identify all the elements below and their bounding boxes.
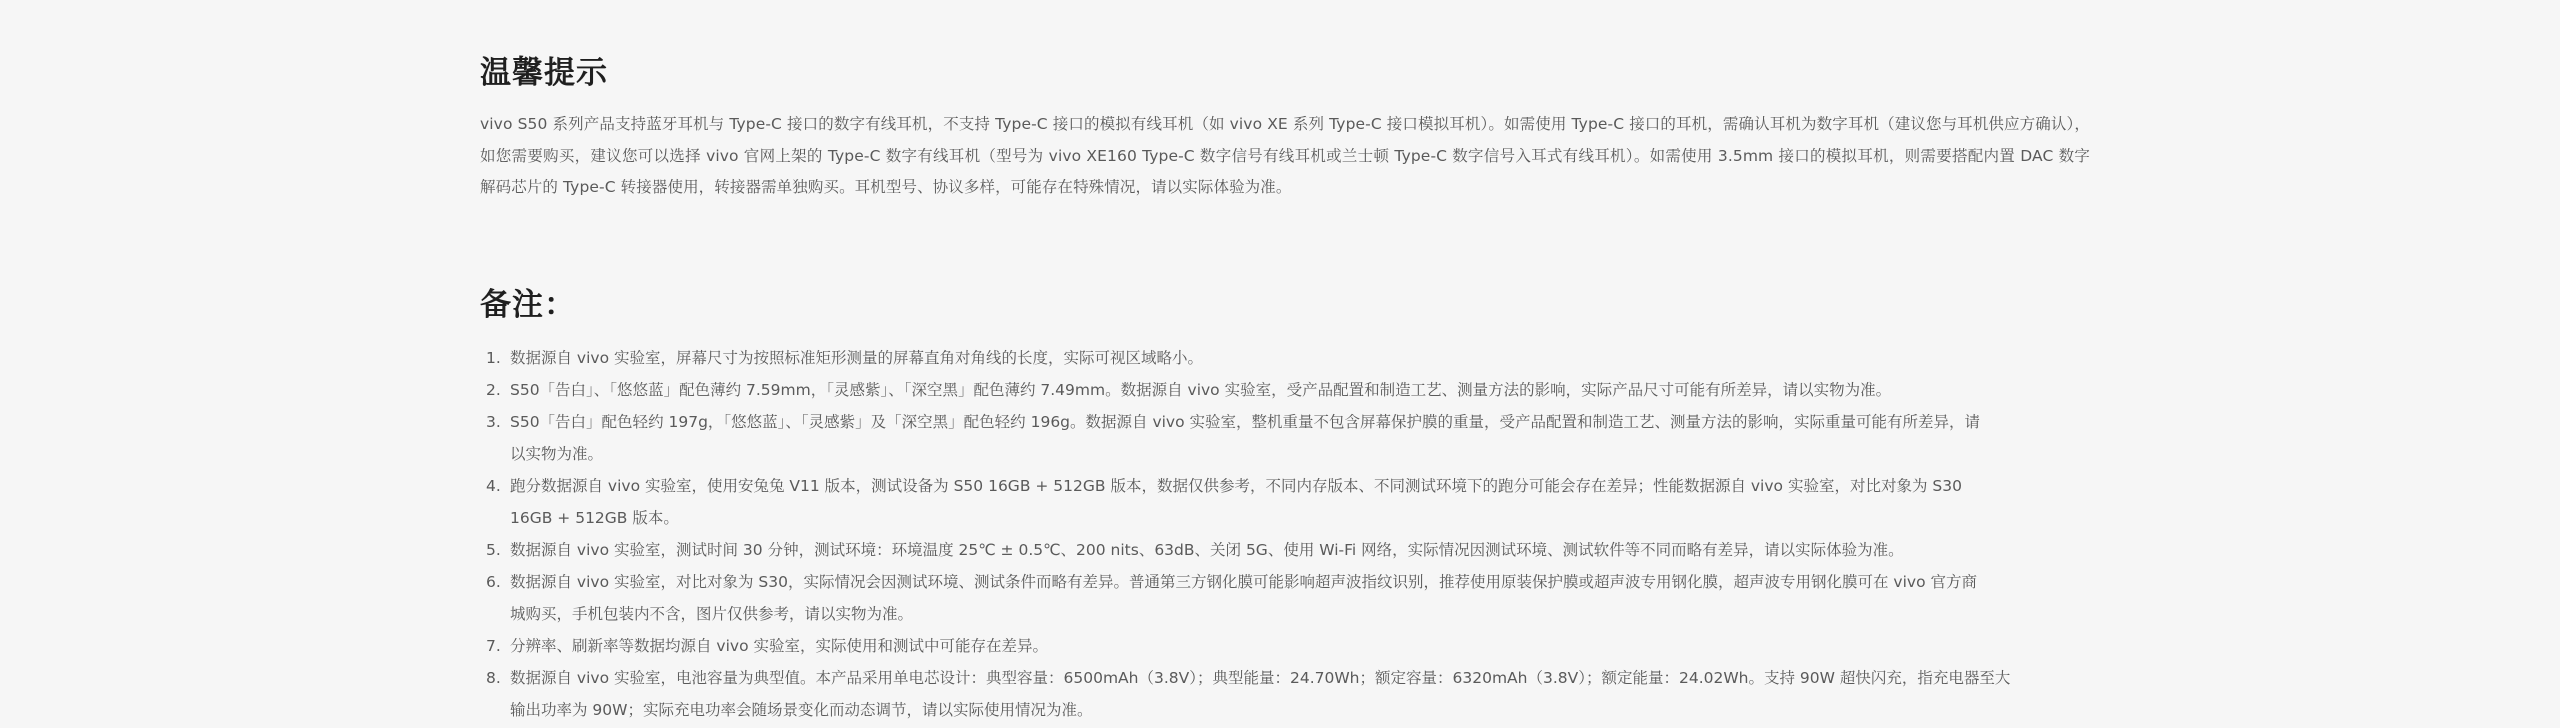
note-text: 数据源自 vivo 实验室，测试时间 30 分钟，测试环境：环境温度 25℃ ±… (510, 534, 2090, 566)
tips-paragraph: vivo S50 系列产品支持蓝牙耳机与 Type-C 接口的数字有线耳机，不支… (480, 109, 2090, 204)
note-number: 8. (486, 662, 510, 694)
note-number: 5. (486, 534, 510, 566)
note-number: 1. (486, 342, 510, 374)
tips-title: 温馨提示 (480, 53, 608, 93)
notes-title: 备注： (480, 285, 576, 325)
note-number: 6. (486, 566, 510, 598)
note-number: 3. (486, 406, 510, 438)
note-item: 6. 数据源自 vivo 实验室，对比对象为 S30，实际情况会因测试环境、测试… (480, 566, 2090, 630)
note-item: 8. 数据源自 vivo 实验室，电池容量为典型值。本产品采用单电芯设计：典型容… (480, 662, 2090, 726)
note-item: 4. 跑分数据源自 vivo 实验室，使用安兔兔 V11 版本，测试设备为 S5… (480, 470, 2090, 534)
note-number: 7. (486, 630, 510, 662)
note-item: 3. S50「告白」配色轻约 197g，「悠悠蓝」、「灵感紫」及「深空黑」配色轻… (480, 406, 2090, 470)
note-number: 4. (486, 470, 510, 502)
note-number: 2. (486, 374, 510, 406)
note-text: 数据源自 vivo 实验室，屏幕尺寸为按照标准矩形测量的屏幕直角对角线的长度，实… (510, 342, 2090, 374)
note-text: 分辨率、刷新率等数据均源自 vivo 实验室，实际使用和测试中可能存在差异。 (510, 630, 2090, 662)
note-item: 7. 分辨率、刷新率等数据均源自 vivo 实验室，实际使用和测试中可能存在差异… (480, 630, 2090, 662)
note-item: 2. S50「告白」、「悠悠蓝」配色薄约 7.59mm，「灵感紫」、「深空黑」配… (480, 374, 2090, 406)
note-text: 数据源自 vivo 实验室，电池容量为典型值。本产品采用单电芯设计：典型容量：6… (510, 662, 2090, 726)
notes-list: 1. 数据源自 vivo 实验室，屏幕尺寸为按照标准矩形测量的屏幕直角对角线的长… (480, 342, 2090, 726)
note-text: S50「告白」、「悠悠蓝」配色薄约 7.59mm，「灵感紫」、「深空黑」配色薄约… (510, 374, 2090, 406)
note-item: 1. 数据源自 vivo 实验室，屏幕尺寸为按照标准矩形测量的屏幕直角对角线的长… (480, 342, 2090, 374)
note-text: 数据源自 vivo 实验室，对比对象为 S30，实际情况会因测试环境、测试条件而… (510, 566, 2090, 630)
note-text: S50「告白」配色轻约 197g，「悠悠蓝」、「灵感紫」及「深空黑」配色轻约 1… (510, 406, 2090, 470)
note-text: 跑分数据源自 vivo 实验室，使用安兔兔 V11 版本，测试设备为 S50 1… (510, 470, 2090, 534)
note-item: 5. 数据源自 vivo 实验室，测试时间 30 分钟，测试环境：环境温度 25… (480, 534, 2090, 566)
